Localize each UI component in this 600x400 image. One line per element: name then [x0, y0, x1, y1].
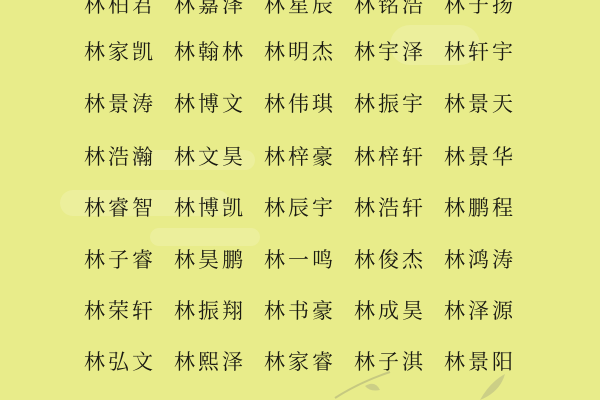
- name-row: 林荣轩林振翔林书豪林成昊林泽源: [0, 291, 600, 331]
- name-entry: 林熙泽: [174, 342, 246, 382]
- name-entry: 林家睿: [264, 342, 336, 382]
- name-entry: 林明杰: [264, 32, 336, 72]
- name-entry: 林昊鹏: [174, 240, 246, 280]
- name-entry: 林子扬: [444, 0, 516, 25]
- name-entry: 林睿智: [84, 188, 156, 228]
- name-entry: 林景华: [444, 137, 516, 177]
- name-entry: 林泽源: [444, 291, 516, 331]
- name-entry: 林振翔: [174, 291, 246, 331]
- name-entry: 林成昊: [354, 291, 426, 331]
- name-entry: 林铭浩: [354, 0, 426, 25]
- name-row: 林柏君林嘉泽林星辰林铭浩林子扬: [0, 0, 600, 25]
- name-entry: 林荣轩: [84, 291, 156, 331]
- name-entry: 林鸿涛: [444, 240, 516, 280]
- name-entry: 林景涛: [84, 84, 156, 124]
- name-entry: 林景阳: [444, 342, 516, 382]
- name-entry: 林嘉泽: [174, 0, 246, 25]
- name-row: 林睿智林博凯林辰宇林浩轩林鹏程: [0, 188, 600, 228]
- name-entry: 林鹏程: [444, 188, 516, 228]
- name-entry: 林文昊: [174, 137, 246, 177]
- name-entry: 林博文: [174, 84, 246, 124]
- name-entry: 林景天: [444, 84, 516, 124]
- name-entry: 林轩宇: [444, 32, 516, 72]
- name-list-grid: 林柏君林嘉泽林星辰林铭浩林子扬林家凯林翰林林明杰林宇泽林轩宇林景涛林博文林伟琪林…: [0, 0, 600, 400]
- name-row: 林弘文林熙泽林家睿林子淇林景阳: [0, 342, 600, 382]
- name-entry: 林浩轩: [354, 188, 426, 228]
- name-entry: 林翰林: [174, 32, 246, 72]
- name-entry: 林宇泽: [354, 32, 426, 72]
- name-row: 林景涛林博文林伟琪林振宇林景天: [0, 84, 600, 124]
- name-row: 林子睿林昊鹏林一鸣林俊杰林鸿涛: [0, 240, 600, 280]
- name-row: 林浩瀚林文昊林梓豪林梓轩林景华: [0, 137, 600, 177]
- name-row: 林家凯林翰林林明杰林宇泽林轩宇: [0, 32, 600, 72]
- name-entry: 林俊杰: [354, 240, 426, 280]
- name-entry: 林梓轩: [354, 137, 426, 177]
- name-entry: 林书豪: [264, 291, 336, 331]
- name-entry: 林柏君: [84, 0, 156, 25]
- name-entry: 林一鸣: [264, 240, 336, 280]
- name-entry: 林辰宇: [264, 188, 336, 228]
- name-entry: 林家凯: [84, 32, 156, 72]
- name-entry: 林子睿: [84, 240, 156, 280]
- name-entry: 林浩瀚: [84, 137, 156, 177]
- name-entry: 林博凯: [174, 188, 246, 228]
- name-entry: 林弘文: [84, 342, 156, 382]
- name-entry: 林子淇: [354, 342, 426, 382]
- name-entry: 林振宇: [354, 84, 426, 124]
- name-entry: 林星辰: [264, 0, 336, 25]
- name-entry: 林伟琪: [264, 84, 336, 124]
- name-entry: 林梓豪: [264, 137, 336, 177]
